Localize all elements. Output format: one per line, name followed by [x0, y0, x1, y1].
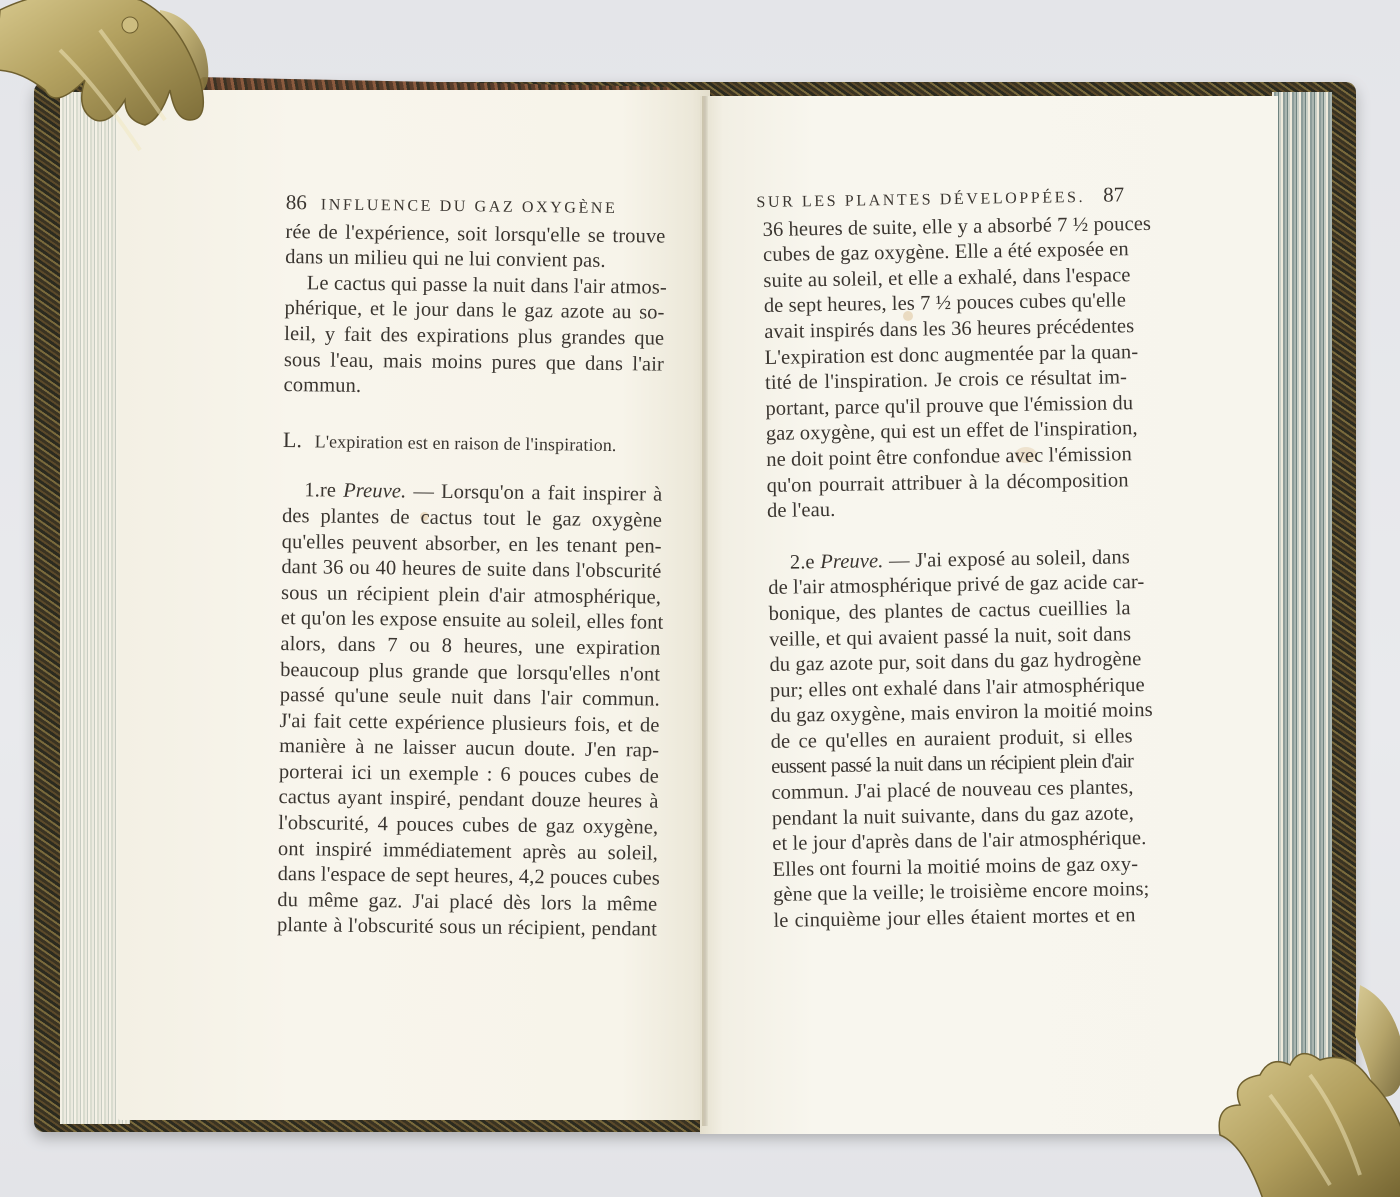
- section-title: L'expiration est en raison de l'inspirat…: [315, 431, 617, 455]
- proof-number: 2.e: [790, 551, 815, 573]
- page-number: 86: [286, 190, 307, 216]
- text-line: alors, dans 7 ou 8 heures, une expiratio…: [280, 632, 660, 662]
- section-letter: L.: [283, 427, 302, 452]
- left-running-head: 86 INFLUENCE DU GAZ OXYGÈNE: [286, 190, 666, 222]
- right-running-head: SUR LES PLANTES DÉVELOPPÉES. 87: [762, 182, 1124, 215]
- page-number: 87: [1103, 182, 1124, 208]
- proof-label: Preuve.: [820, 550, 883, 573]
- book-gutter: [702, 96, 708, 1126]
- proof-text-start: — J'ai exposé au soleil, dans: [889, 546, 1130, 572]
- running-head-title: INFLUENCE DU GAZ OXYGÈNE: [321, 192, 618, 221]
- running-head-title: SUR LES PLANTES DÉVELOPPÉES.: [756, 185, 1085, 216]
- right-page-text: SUR LES PLANTES DÉVELOPPÉES. 87 36 heure…: [762, 182, 1136, 934]
- proof-number: 1.re: [304, 480, 336, 502]
- brass-hand-holder-icon: [0, 0, 220, 190]
- text-line: leil, y fait des expirations plus grande…: [284, 322, 664, 352]
- text-line: commun.: [283, 373, 663, 403]
- text-line: des plantes de cactus tout le gaz oxygèn…: [282, 504, 662, 534]
- proof-label: Preuve.: [343, 480, 406, 503]
- text-line: plante à l'obscurité sous un récipient, …: [277, 913, 657, 943]
- proof-text-start: — Lorsqu'on a fait inspirer à: [413, 481, 662, 506]
- brass-hand-holder-icon: [1210, 985, 1400, 1197]
- section-heading: L. L'expiration est en raison de l'inspi…: [283, 427, 663, 459]
- right-page-edges: [1272, 92, 1332, 1128]
- left-page-text: 86 INFLUENCE DU GAZ OXYGÈNE rée de l'exp…: [277, 190, 666, 944]
